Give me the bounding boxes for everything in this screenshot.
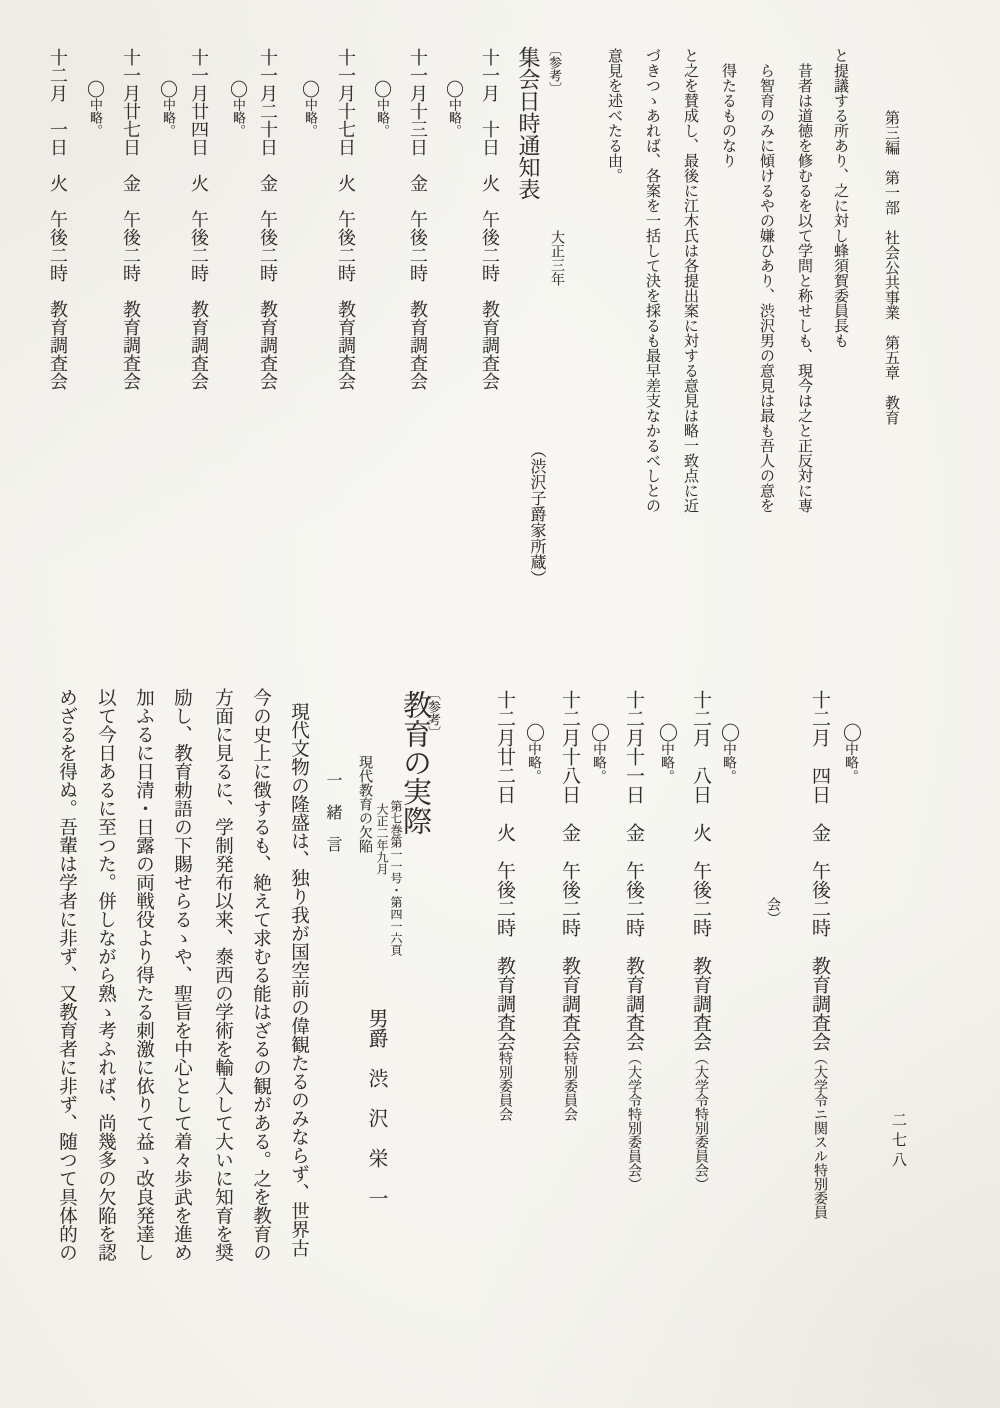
essay-line: 現代文物の隆盛は、独り我が国空前の偉観たるのみならず、世界古 [289,702,308,1257]
schedule-entry: 十一月二十日 金 午後二時 教育調査会 [259,48,277,390]
omit-circle: 〇 [158,80,178,98]
notice-ref-label: 〔参考〕 [548,43,561,95]
essay-line: 今の史上に徴するも、絶えて求むる能はざるの観がある。之を教育の [251,688,270,1262]
omit-label: 中略。 [843,742,858,783]
schedule-entry: 十二月十八日 金 午後二時 教育調査会特別委員会 [560,690,579,1121]
article-citation-date: 大正二年九月 [376,803,388,875]
omit-note: 〇中略。 [589,723,608,783]
body-line: 得たるものなり [720,63,735,168]
article-subtitle: 現代教育の欠陥 [357,755,371,853]
schedule-entry-main: 十二月十一日 金 午後二時 教育調査会 [623,690,644,1051]
schedule-entry: 十二月廿二日 火 午後二時 教育調査会特別委員会 [495,690,514,1121]
omit-circle: 〇 [444,80,464,98]
omit-circle: 〇 [718,723,739,742]
omit-note: 〇中略。 [159,80,177,137]
essay-line: 励し、教育勅語の下賜せらるゝや、聖旨を中心として着々歩武を進め [172,688,191,1262]
essay-line: 以て今日あるに至つた。併しながら熟ゝ考ふれば、尚幾多の欠陥を認 [96,688,115,1262]
omit-label: 中略。 [161,98,176,137]
schedule-entry: 十一月廿四日 火 午後二時 教育調査会 [190,48,208,390]
omit-label: 中略。 [721,742,736,783]
omit-label: 中略。 [659,742,674,783]
schedule-entry-committee: （大学令特別委員会） [626,1051,641,1191]
notice-era: 大正三年 [549,230,563,286]
schedule-entry-main: 十二月 八日 火 午後二時 教育調査会 [690,690,711,1051]
schedule-entry: 十二月 八日 火 午後二時 教育調査会（大学令特別委員会） [691,690,710,1191]
omit-note: 〇中略。 [301,80,319,137]
essay-line: めざるを得ぬ。吾輩は学者に非ず、又教育者に非ず、随つて具体的の [57,688,76,1262]
omit-note: 〇中略。 [229,80,247,137]
schedule-entry-main: 十二月 四日 金 午後二時 教育調査会 [809,690,830,1051]
omit-circle: 〇 [85,80,105,98]
schedule-entry: 十一月廿七日 金 午後二時 教育調査会 [122,48,140,390]
schedule-entry: 十二月十一日 金 午後二時 教育調査会（大学令特別委員会） [624,690,643,1191]
schedule-entry-committee: （大学令ニ関スル特別委員 [812,1051,827,1219]
body-line: 意見を述べたる由。 [606,48,621,183]
omit-circle: 〇 [523,723,544,742]
omit-label: 中略。 [231,98,246,137]
schedule-entry: 十一月十七日 火 午後二時 教育調査会 [337,48,355,390]
schedule-entry-committee: 特別委員会 [562,1051,577,1121]
schedule-entry-committee: （大学令特別委員会） [693,1051,708,1191]
omit-note: 〇中略。 [524,723,543,783]
omit-label: 中略。 [303,98,318,137]
schedule-entry: 十一月十三日 金 午後二時 教育調査会 [409,48,427,390]
omit-note: 〇中略。 [445,80,463,137]
omit-label: 中略。 [375,98,390,137]
body-line: 昔者は道徳を修むるを以て学問と称せしも、現今は之と正反対に専 [796,63,811,513]
essay-line: 加ふるに日清・日露の両戦役より得たる刺激に依りて益ゝ改良発達し [134,688,153,1262]
article-citation-issue: 第七巻第一一号・第四一六頁 [390,800,402,956]
omit-circle: 〇 [840,723,861,742]
omit-label: 中略。 [447,98,462,137]
omit-label: 中略。 [88,98,103,137]
omit-note: 〇中略。 [657,723,676,783]
article-title: 教育の実際 [400,690,429,835]
notice-title: 集会日時通知表 [517,46,539,200]
running-header: 第三編 第一部 社会公共事業 第五章 教育 [883,110,898,425]
omit-circle: 〇 [588,723,609,742]
omit-label: 中略。 [591,742,606,783]
body-line: と之を賛成し、最後に江木氏は各提出案に対する意見は略一致点に近 [682,48,697,513]
schedule-entry: 十二月 一日 火 午後二時 教育調査会 [49,48,67,390]
omit-label: 中略。 [526,742,541,783]
schedule-entry-main: 十二月十八日 金 午後二時 教育調査会 [559,690,580,1051]
body-line: づきつゝあれば、各案を一括して決を採るも最早差支なかるべしとの [644,48,659,513]
section-heading: 一 緒 言 [324,772,340,852]
omit-note: 〇中略。 [719,723,738,783]
notice-source: （渋沢子爵家所蔵） [528,442,544,586]
schedule-entry-continuation: 会） [765,897,779,925]
schedule-entry: 十一月 十日 火 午後二時 教育調査会 [481,48,499,390]
omit-circle: 〇 [656,723,677,742]
omit-note: 〇中略。 [373,80,391,137]
omit-circle: 〇 [300,80,320,98]
schedule-entry-committee: 特別委員会 [497,1051,512,1121]
page-number: 二七八 [890,1112,905,1172]
omit-circle: 〇 [228,80,248,98]
omit-note: 〇中略。 [86,80,104,137]
body-line: と提議する所あり、之に対し蜂須賀委員長も [832,48,847,348]
body-line: ら智育のみに傾けるやの嫌ひあり、渋沢男の意見は最も吾人の意を [758,63,773,513]
schedule-entry-main: 十二月廿二日 火 午後二時 教育調査会 [494,690,515,1051]
omit-note: 〇中略。 [841,723,860,783]
essay-line: 方面に見るに、学制発布以来、泰西の学術を輸入して大いに知育を奨 [213,688,232,1262]
omit-circle: 〇 [372,80,392,98]
article-author: 男爵 渋 沢 栄 一 [366,1008,386,1208]
schedule-entry: 十二月 四日 金 午後二時 教育調査会（大学令ニ関スル特別委員 [810,690,829,1219]
